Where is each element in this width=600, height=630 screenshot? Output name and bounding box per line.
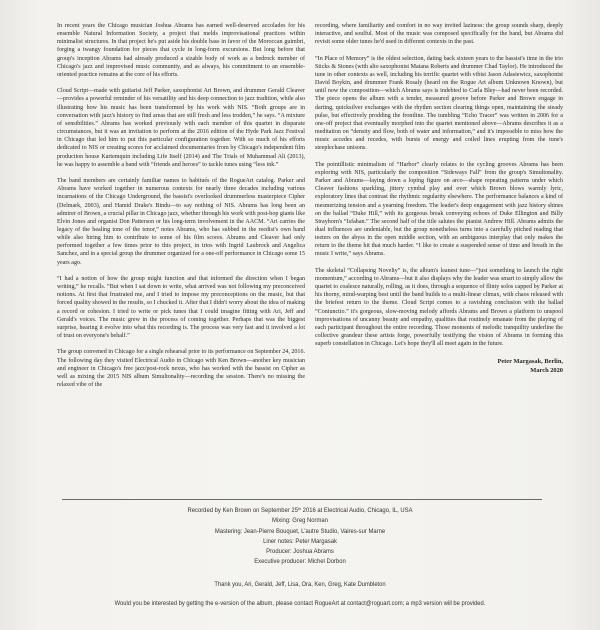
paragraph: In recent years the Chicago musician Jos… bbox=[57, 22, 305, 79]
paragraph: The pointillistic minimalism of “Harbor”… bbox=[315, 161, 563, 259]
left-column: In recent years the Chicago musician Jos… bbox=[57, 22, 305, 462]
credit-mixing: Mixing: Greg Norman bbox=[24, 516, 576, 526]
right-column: recording, where familiarity and comfort… bbox=[315, 22, 563, 462]
credit-producer: Producer: Joshua Abrams bbox=[24, 547, 576, 557]
contact-line: Would you be interested by getting the e… bbox=[24, 600, 576, 607]
credits-block: Recorded by Ken Brown on September 25th … bbox=[24, 506, 576, 568]
credit-recorded-text-end: 2016 at Electrical Audio, Chicago, IL, U… bbox=[301, 507, 412, 514]
paragraph: “I had a notion of how the group might f… bbox=[57, 275, 305, 340]
paragraph: Cloud Script—made with guitarist Jeff Pa… bbox=[57, 87, 305, 169]
liner-notes-page: In recent years the Chicago musician Jos… bbox=[0, 0, 600, 630]
liner-notes-columns: In recent years the Chicago musician Jos… bbox=[57, 22, 563, 462]
credit-recorded: Recorded by Ken Brown on September 25th … bbox=[24, 506, 576, 516]
thanks-line: Thank you, Ari, Gerald, Jeff, Lisa, Ora,… bbox=[24, 581, 576, 588]
credit-mastering: Mastering: Jean-Pierre Bouquet, L'autre … bbox=[24, 527, 576, 537]
credit-recorded-text: Recorded by Ken Brown on September 25 bbox=[188, 507, 298, 514]
paragraph: “In Place of Memory” is the oldest selec… bbox=[315, 55, 563, 153]
signature: Peter Margasak, Berlin, March 2020 bbox=[315, 358, 563, 375]
signature-date: March 2020 bbox=[315, 367, 563, 375]
paragraph: recording, where familiarity and comfort… bbox=[315, 22, 563, 46]
divider-line bbox=[62, 499, 542, 500]
credit-liner-notes: Liner notes: Peter Margasak bbox=[24, 537, 576, 547]
paragraph: The group convened in Chicago for a sing… bbox=[57, 348, 305, 389]
signature-author: Peter Margasak, Berlin, bbox=[315, 358, 563, 366]
paragraph: The skeletal “Collapsing Novelty” is, th… bbox=[315, 267, 563, 349]
credit-executive-producer: Executive producer: Michel Dorbon bbox=[24, 557, 576, 567]
paragraph: The band members are certainly familiar … bbox=[57, 177, 305, 267]
